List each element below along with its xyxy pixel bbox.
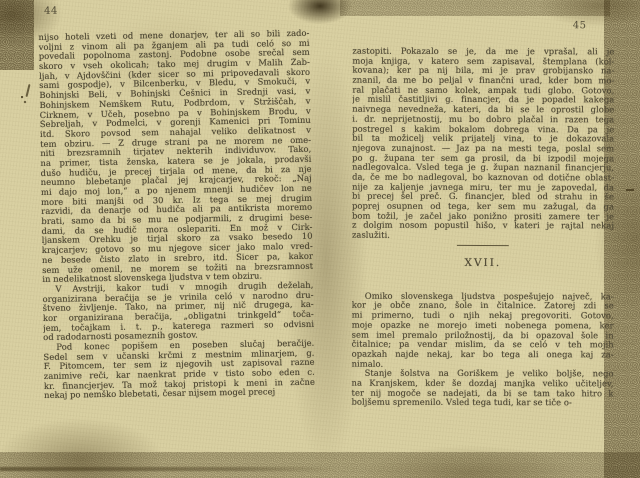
paragraph: zastopiti. Pokazalo se je, da me je vpra… — [352, 47, 615, 241]
left-page: 44 nijso hoteli vzeti od mene donarjev, … — [38, 2, 315, 401]
paragraph: V Avstriji, kakor tudi v mnogih drugih d… — [42, 281, 314, 343]
paragraph: Pod konec popišem en poseben slučaj bera… — [43, 339, 315, 401]
section-heading: XVII. — [352, 257, 614, 269]
text-line: boljšemu spremenilo. Vsled tega tudi, ka… — [351, 398, 613, 408]
paragraph: Stanje šolstva na Goriškem je veliko bol… — [351, 369, 613, 408]
ink-dot-marks — [21, 96, 27, 104]
text-line: zaslužiti. — [352, 231, 614, 241]
margin-dash-mark — [626, 189, 634, 191]
text-line: opazkah najde nekaj, kar bo tega ali one… — [352, 350, 614, 360]
page-number-left: 44 — [38, 2, 309, 18]
paragraph: Omiko slovenskega ljudstva pospešujejo n… — [352, 291, 614, 369]
paragraph: nijso hoteli vzeti od mene donarjev, ter… — [38, 29, 313, 285]
page-edge-speckles-top — [340, 0, 610, 16]
text-line: z dolgim nosom popustil hišo, v kateri j… — [352, 221, 614, 231]
section-divider-rule — [457, 245, 509, 246]
right-page: 45 zastopiti. Pokazalo se je, da me je v… — [351, 20, 614, 409]
page-edge-speckles-topleft — [0, 0, 34, 70]
bottom-page-edge-line — [0, 467, 336, 471]
right-page-text: zastopiti. Pokazalo se je, da me je vpra… — [351, 47, 614, 409]
left-page-text: nijso hoteli vzeti od mene donarjev, ter… — [38, 29, 315, 401]
page-edge-speckles-bottom — [0, 452, 640, 478]
book-scan: 44 nijso hoteli vzeti od mene donarjev, … — [0, 0, 640, 478]
page-number-right: 45 — [352, 20, 614, 33]
